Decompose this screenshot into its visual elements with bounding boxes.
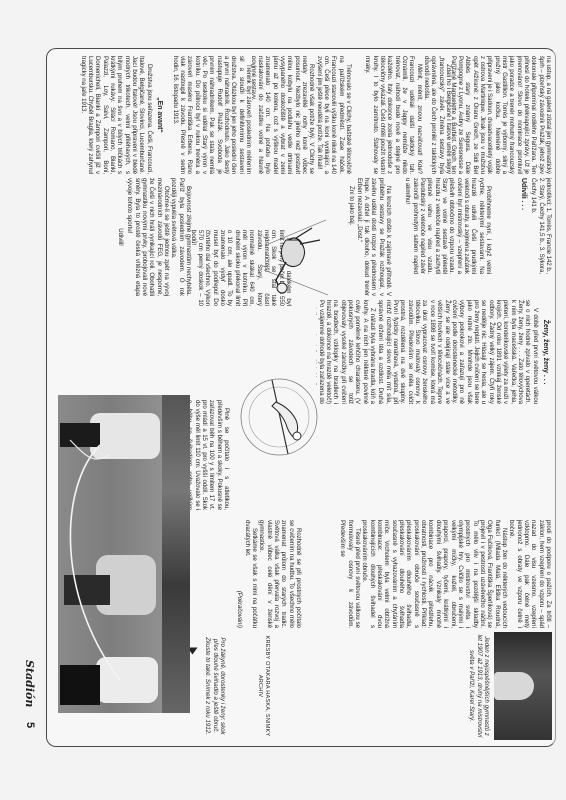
column-3b: Probíhneme nyní, i když velmi rychle, ně… (392, 178, 492, 274)
col3-p2: Na kruzích došlo k zajímavé příhodě. V p… (355, 178, 392, 296)
col3-p3: Zní to jako báj. (348, 178, 355, 296)
credits-label: KRESBY OTAKARA HÁŠKA, SNÍMKY ARCHIV (255, 632, 270, 740)
col4-p7: Setkáme se však s nimi na počátku dvacát… (243, 520, 258, 628)
column-1b: Zdali ho i Belgičané i Italové uměli ste… (352, 56, 452, 174)
col4-p1: V době před první světovou válkou se o n… (377, 300, 539, 404)
karel-stary-portrait-photo (494, 632, 552, 740)
col1-p3: Měnit, měnit, znovu nacvičovat! Kde? Fra… (364, 56, 423, 174)
column-2c: „En avant“ Družstva jsou seřazena. Češi,… (52, 56, 166, 174)
rope-photo-caption: Pro žákyně, dorostenky i ženy: skok přes… (204, 636, 226, 736)
col5-p2: Nástup žen do některých vedoucích funkcí… (361, 520, 508, 628)
pokracovani-label: (Pokračování) (236, 520, 243, 628)
column-4a: Ženy, ženy, ženy . . . V době před první… (377, 300, 552, 404)
col5-p3: Těsně před první světovou válkou se form… (339, 520, 361, 628)
portrait-caption: Jeden z nejúspěšnějších gymnastů z let 1… (468, 634, 490, 738)
col2-p1: Trénovalo se v Clichy, baštské tělocvičn… (315, 56, 352, 174)
col2-after-heading: Družstva jsou seřazena. Češi, Francouzi,… (79, 56, 152, 174)
udivili-heading: Udivili . . . (520, 178, 527, 274)
zeny-heading: Ženy, ženy, ženy . . . (542, 300, 549, 404)
column-3a: jednotlivci: 1. Torrès, Francie 142 b., … (492, 178, 552, 274)
col5-p1: prodí do podporu o pažích. Za trčiti – z… (508, 520, 552, 628)
column-5a: prodí do podporu o pažích. Za trčiti – z… (302, 520, 552, 628)
col4-p6: Rozhodně se při prostných počítalo se cv… (258, 520, 302, 628)
column-1: na ustup, a na galerii zůstal jen gymnas… (452, 56, 552, 174)
credits-block: KRESBY OTAKARA HÁŠKA, SNÍMKY ARCHIV (230, 632, 270, 740)
page-number: 5 (24, 722, 36, 728)
col4-p2: Z nářadí byla vybrána bradla, kůň a kruh… (316, 300, 376, 404)
col3-p6: Otočme-li se ještě jednou zpět na vývoj … (126, 178, 170, 296)
col3-p5: Bojovnost zřejmé gymnastům nechyběla. Pa… (170, 178, 192, 296)
gymnast-bar-sketch-icon (234, 372, 324, 462)
col2-p2: Rozhodně však potíže bylý. V Clichy se n… (252, 56, 315, 174)
column-3e: Bojovnost zřejmé gymnastům nechyběla. Pa… (52, 178, 192, 296)
col2-p3: Trénink byl zároveň posledním měřením si… (171, 56, 252, 174)
publication-logo: Stadión (23, 660, 36, 707)
col3-closing: Udivili! (117, 178, 124, 296)
results-lines: jednotlivci: 1. Torrès, Francie 142 b., … (530, 178, 552, 274)
column-2a: Trénovalo se v Clichy, baštské tělocvičn… (252, 56, 352, 174)
col3-p1: Probíhneme nyní, i když velmi rychle, ně… (404, 178, 492, 274)
column-4b: Z nářadí byla vybrána bradla, kůň a kruh… (316, 300, 376, 404)
column-2b: Trénink byl zároveň posledním měřením si… (166, 56, 252, 174)
column-4d: Rozhodně se při prostných počítalo se cv… (192, 520, 302, 628)
col1-p1: na ustup, a na galerii zůstal jen gymnas… (452, 56, 552, 174)
en-avant-heading: „En avant“ (156, 56, 163, 174)
rope-jump-photo (58, 395, 190, 713)
rotated-magazine-page: na ustup, a na galerii zůstal jen gymnas… (0, 0, 566, 800)
col1-p2: Zdali ho i Belgičané i Italové uměli ste… (423, 56, 452, 174)
